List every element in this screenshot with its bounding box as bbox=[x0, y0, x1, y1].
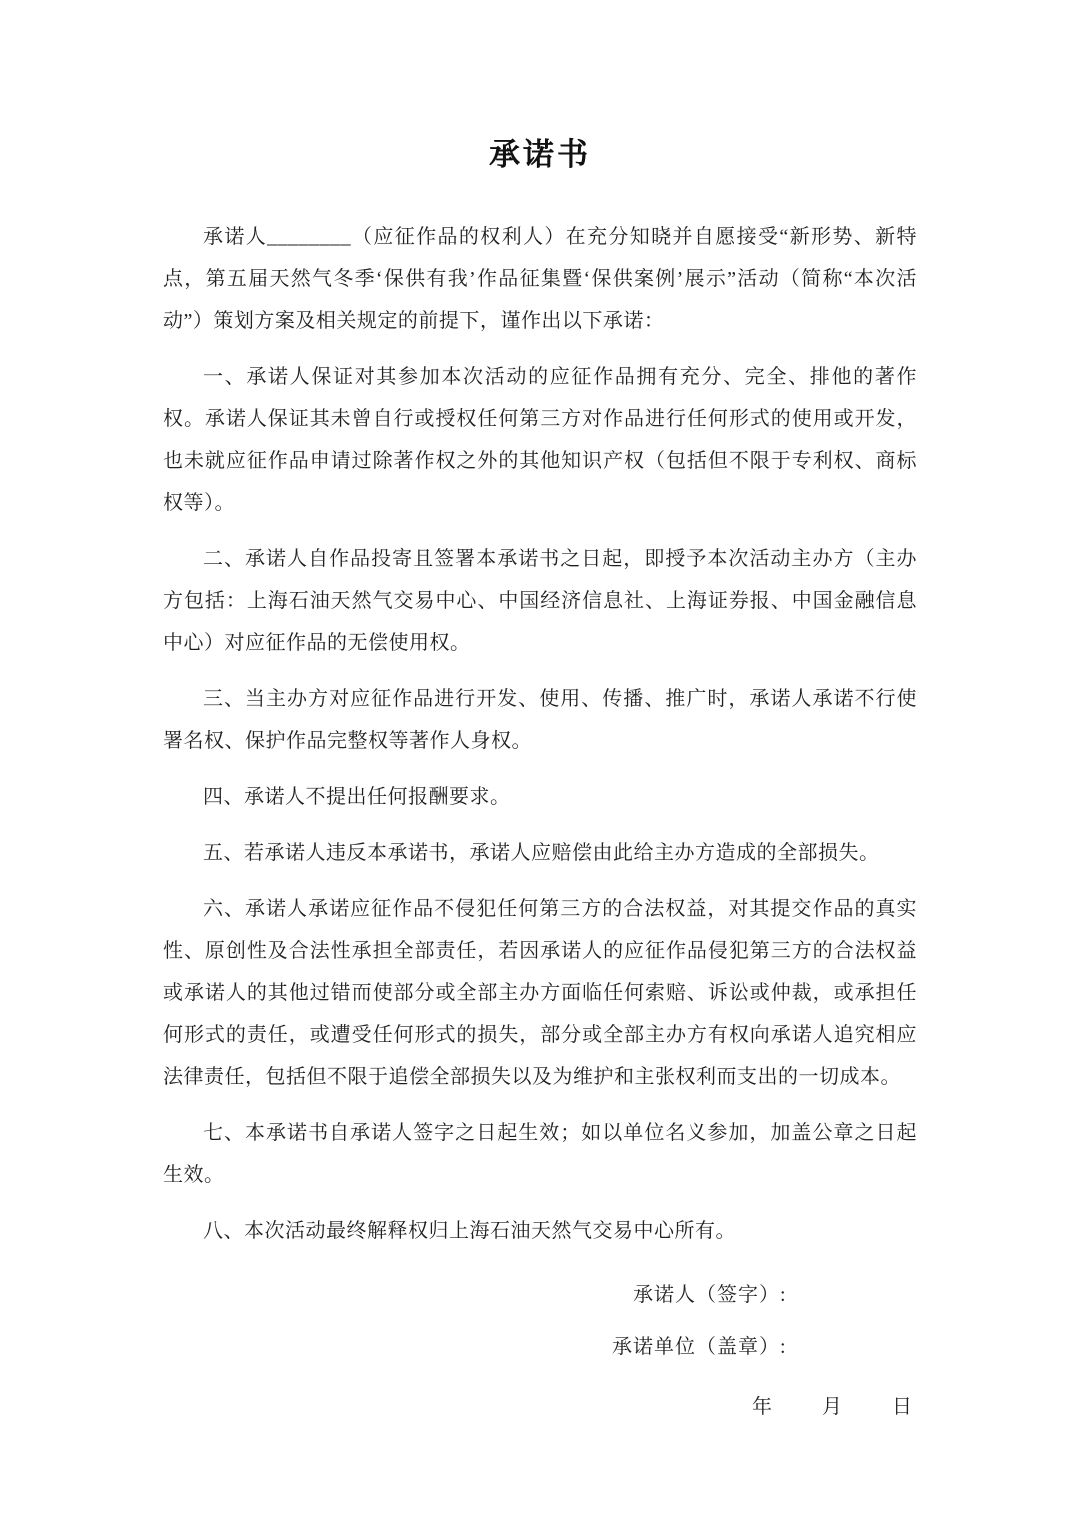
intro-paragraph: 承诺人________（应征作品的权利人）在充分知晓并自愿接受“新形势、新特点，… bbox=[163, 216, 917, 342]
document-page: 承诺书 承诺人________（应征作品的权利人）在充分知晓并自愿接受“新形势、… bbox=[0, 0, 1080, 1527]
month-label: 月 bbox=[822, 1386, 842, 1428]
clause-2: 二、承诺人自作品投寄且签署本承诺书之日起，即授予本次活动主办方（主办方包括：上海… bbox=[163, 538, 917, 664]
document-title: 承诺书 bbox=[163, 136, 917, 174]
day-label: 日 bbox=[892, 1386, 912, 1428]
document-content: 承诺书 承诺人________（应征作品的权利人）在充分知晓并自愿接受“新形势、… bbox=[0, 0, 1080, 1428]
clause-8: 八、本次活动最终解释权归上海石油天然气交易中心所有。 bbox=[163, 1210, 917, 1252]
clause-1: 一、承诺人保证对其参加本次活动的应征作品拥有充分、完全、排他的著作权。承诺人保证… bbox=[163, 356, 917, 524]
clause-4: 四、承诺人不提出任何报酬要求。 bbox=[163, 776, 917, 818]
clause-5: 五、若承诺人违反本承诺书，承诺人应赔偿由此给主办方造成的全部损失。 bbox=[163, 832, 917, 874]
clause-6: 六、承诺人承诺应征作品不侵犯任何第三方的合法权益，对其提交作品的真实性、原创性及… bbox=[163, 888, 917, 1098]
date-line: 年 月 日 bbox=[752, 1386, 917, 1428]
signature-block: 承诺人（签字）: 承诺单位（盖章）: 年 月 日 bbox=[163, 1274, 917, 1428]
clause-7: 七、本承诺书自承诺人签字之日起生效；如以单位名义参加，加盖公章之日起生效。 bbox=[163, 1112, 917, 1196]
year-label: 年 bbox=[752, 1386, 772, 1428]
signer-signature-label: 承诺人（签字）: bbox=[633, 1274, 917, 1316]
clause-3: 三、当主办方对应征作品进行开发、使用、传播、推广时，承诺人承诺不行使署名权、保护… bbox=[163, 678, 917, 762]
unit-seal-label: 承诺单位（盖章）: bbox=[612, 1326, 917, 1368]
